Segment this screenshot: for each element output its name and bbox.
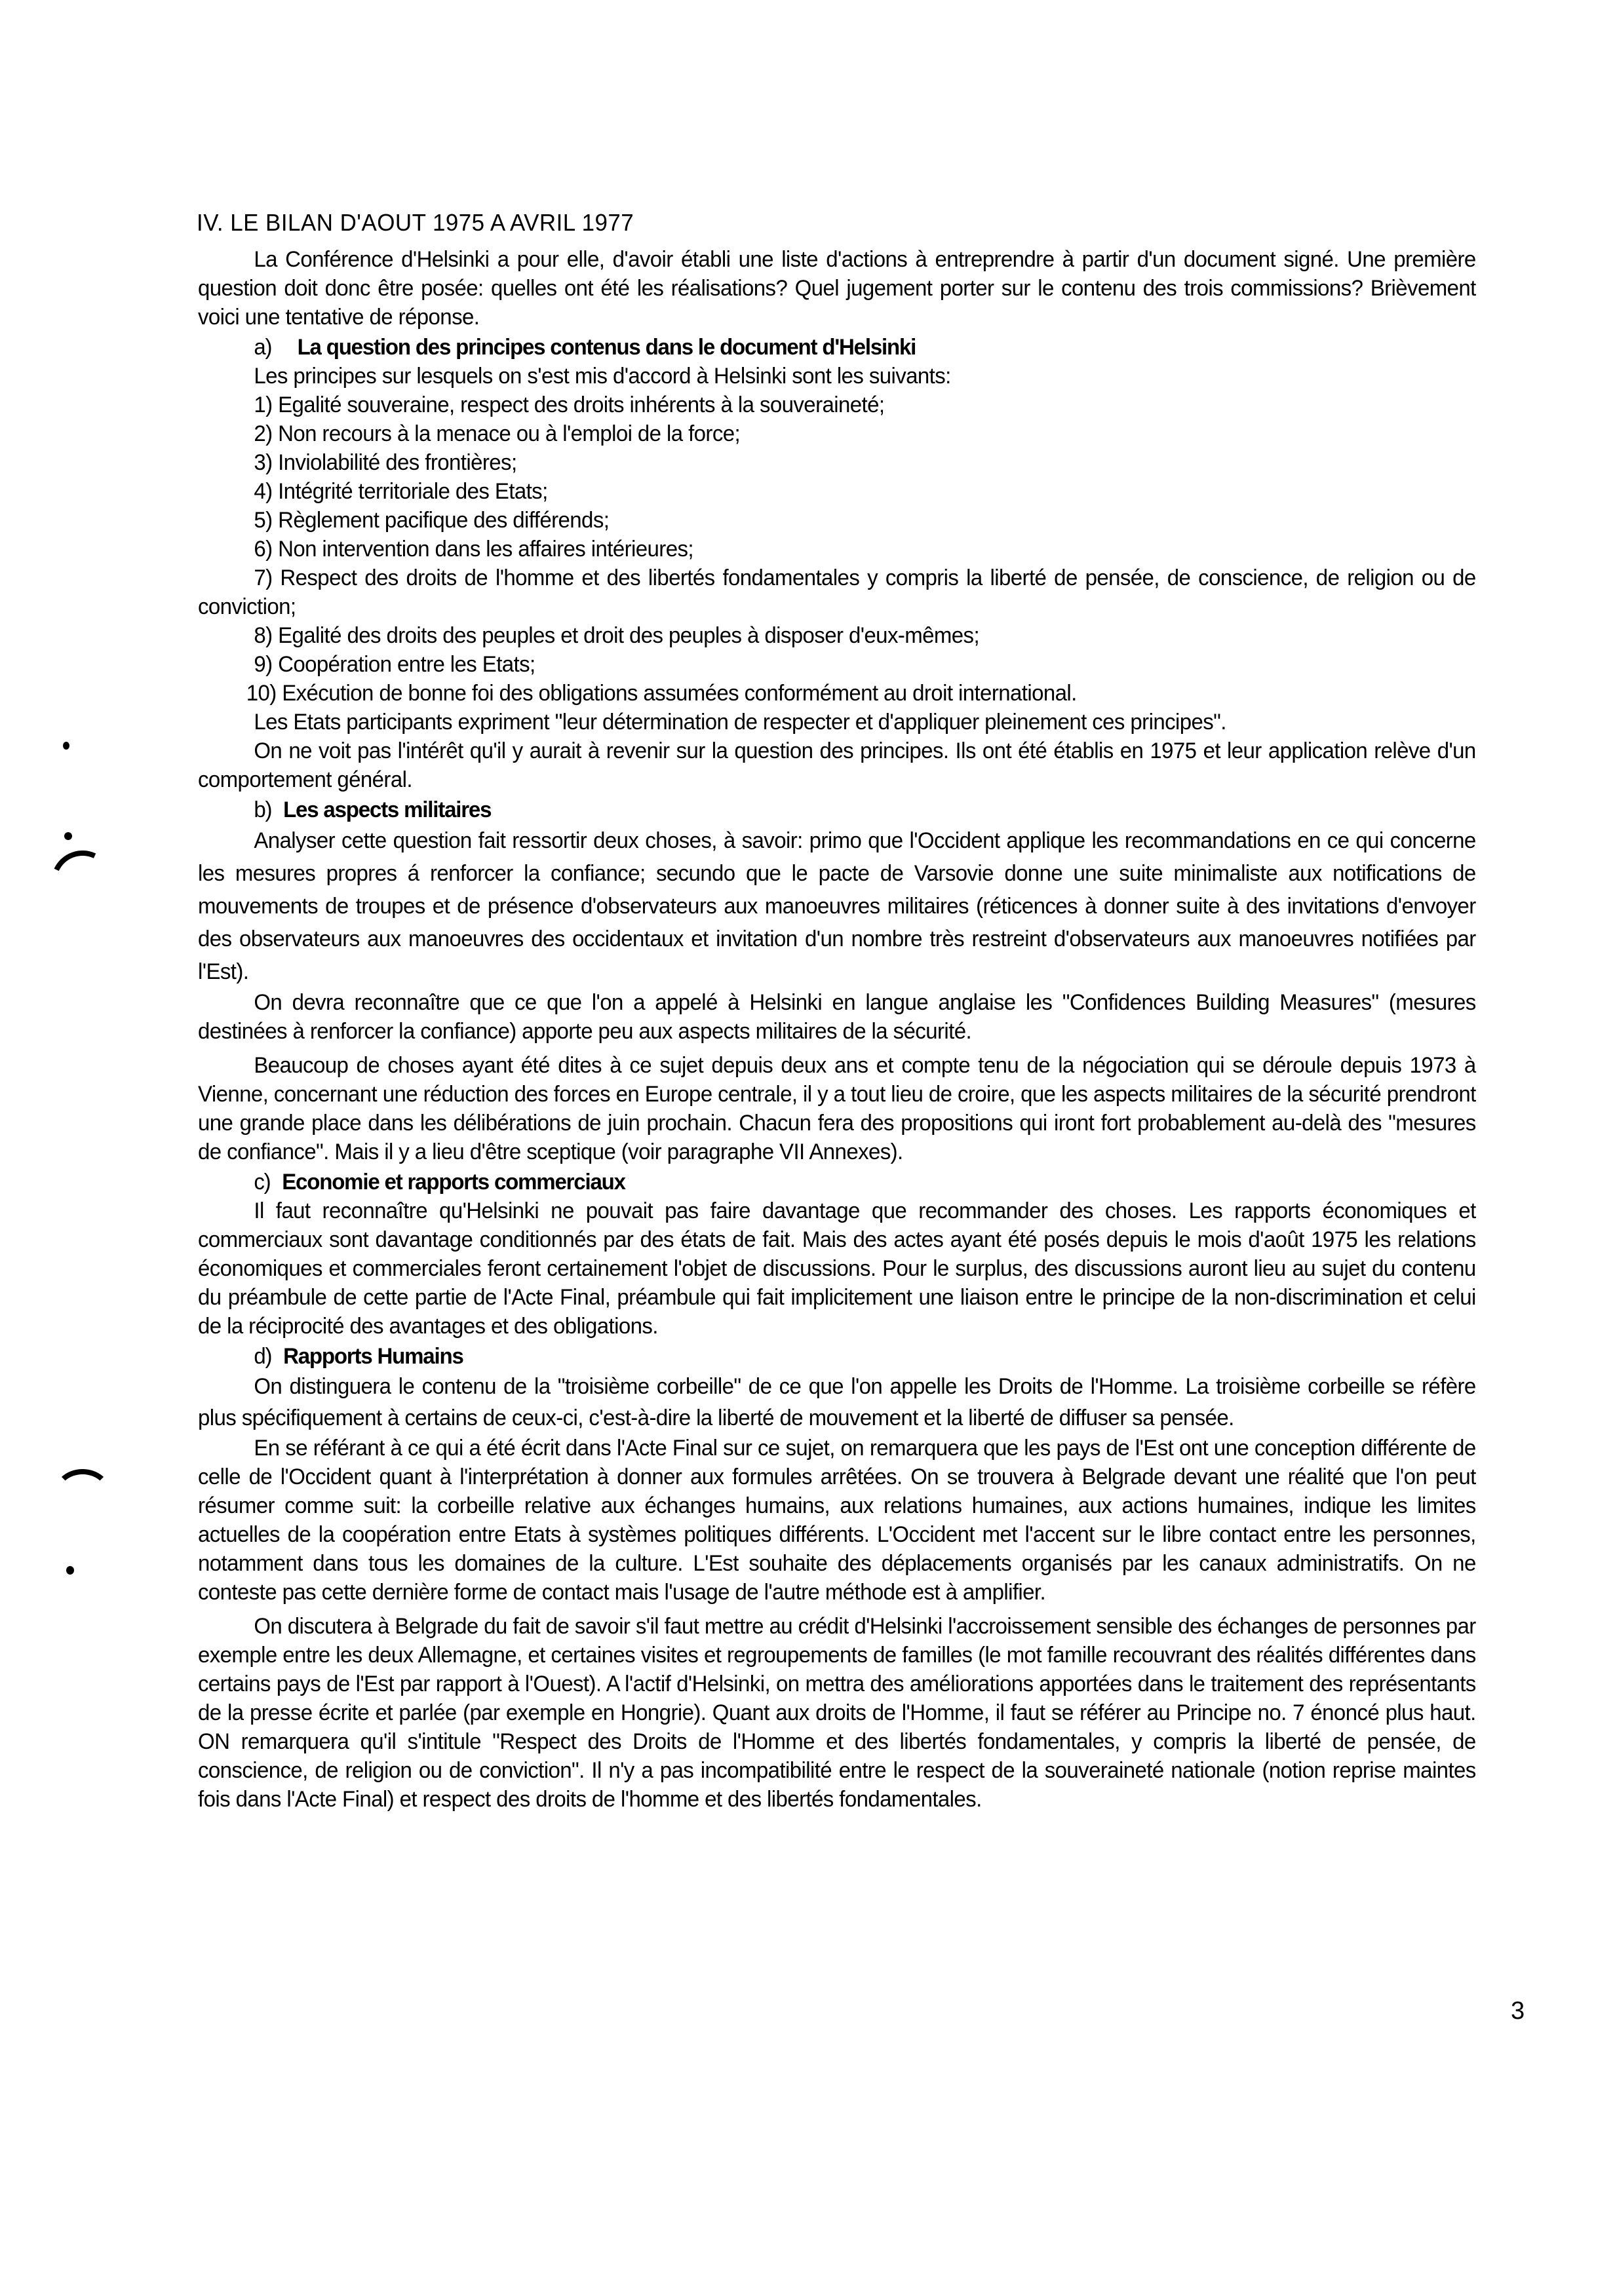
intro-paragraph: La Conférence d'Helsinki a pour elle, d'… xyxy=(198,245,1476,332)
section-letter: b) xyxy=(254,795,271,824)
paragraph: En se référant à ce qui a été écrit dans… xyxy=(198,1434,1476,1607)
punch-hole-mark xyxy=(54,1469,111,1519)
scan-speck xyxy=(63,742,69,750)
paragraph: Les Etats participants expriment "leur d… xyxy=(198,708,1476,737)
paragraph: On ne voit pas l'intérêt qu'il y aurait … xyxy=(198,737,1476,794)
principles-lead: Les principes sur lesquels on s'est mis … xyxy=(198,362,1476,391)
document-body: IV. LE BILAN D'AOUT 1975 A AVRIL 1977 La… xyxy=(198,208,1476,1814)
document-page: IV. LE BILAN D'AOUT 1975 A AVRIL 1977 La… xyxy=(0,0,1615,2296)
section-a-heading: a) La question des principes contenus da… xyxy=(254,333,1475,362)
paragraph: Analyser cette question fait ressortir d… xyxy=(198,824,1476,988)
section-heading: IV. LE BILAN D'AOUT 1975 A AVRIL 1977 xyxy=(197,208,1476,237)
principle-item: 3) Inviolabilité des frontières; xyxy=(198,448,1476,477)
section-title: Economie et rapports commerciaux xyxy=(282,1170,625,1195)
principles-list: 1) Egalité souveraine, respect des droit… xyxy=(198,391,1476,708)
section-title: Les aspects militaires xyxy=(283,797,491,822)
principle-item: 4) Intégrité territoriale des Etats; xyxy=(198,477,1476,506)
section-letter: c) xyxy=(254,1168,270,1196)
principle-item: 7) Respect des droits de l'homme et des … xyxy=(198,564,1476,621)
paragraph: Il faut reconnaître qu'Helsinki ne pouva… xyxy=(198,1196,1476,1341)
scan-speck xyxy=(66,1566,74,1575)
section-letter: a) xyxy=(254,333,292,362)
paragraph: On discutera à Belgrade du fait de savoi… xyxy=(198,1612,1476,1814)
paragraph: On distinguera le contenu de la "troisiè… xyxy=(198,1371,1476,1434)
section-letter: d) xyxy=(254,1342,271,1371)
principle-item: 9) Coopération entre les Etats; xyxy=(198,650,1476,679)
paragraph: On devra reconnaître que ce que l'on a a… xyxy=(198,988,1476,1046)
principle-item: 6) Non intervention dans les affaires in… xyxy=(198,535,1476,564)
section-title: La question des principes contenus dans … xyxy=(298,335,916,360)
paragraph: Beaucoup de choses ayant été dites à ce … xyxy=(198,1051,1476,1166)
principle-item: 10) Exécution de bonne foi des obligatio… xyxy=(198,679,1476,708)
section-title: Rapports Humains xyxy=(283,1344,463,1369)
section-c-heading: c) Economie et rapports commerciaux xyxy=(254,1168,1475,1196)
section-d-heading: d) Rapports Humains xyxy=(254,1342,1475,1371)
principle-item: 5) Règlement pacifique des différends; xyxy=(198,506,1476,535)
section-b-heading: b) Les aspects militaires xyxy=(254,795,1475,824)
punch-hole-mark xyxy=(42,841,123,922)
page-number: 3 xyxy=(1511,1997,1525,2025)
scan-speck xyxy=(64,832,72,840)
principle-item: 2) Non recours à la menace ou à l'emploi… xyxy=(198,419,1476,448)
principle-item: 8) Egalité des droits des peuples et dro… xyxy=(198,621,1476,650)
principle-item: 1) Egalité souveraine, respect des droit… xyxy=(198,391,1476,419)
